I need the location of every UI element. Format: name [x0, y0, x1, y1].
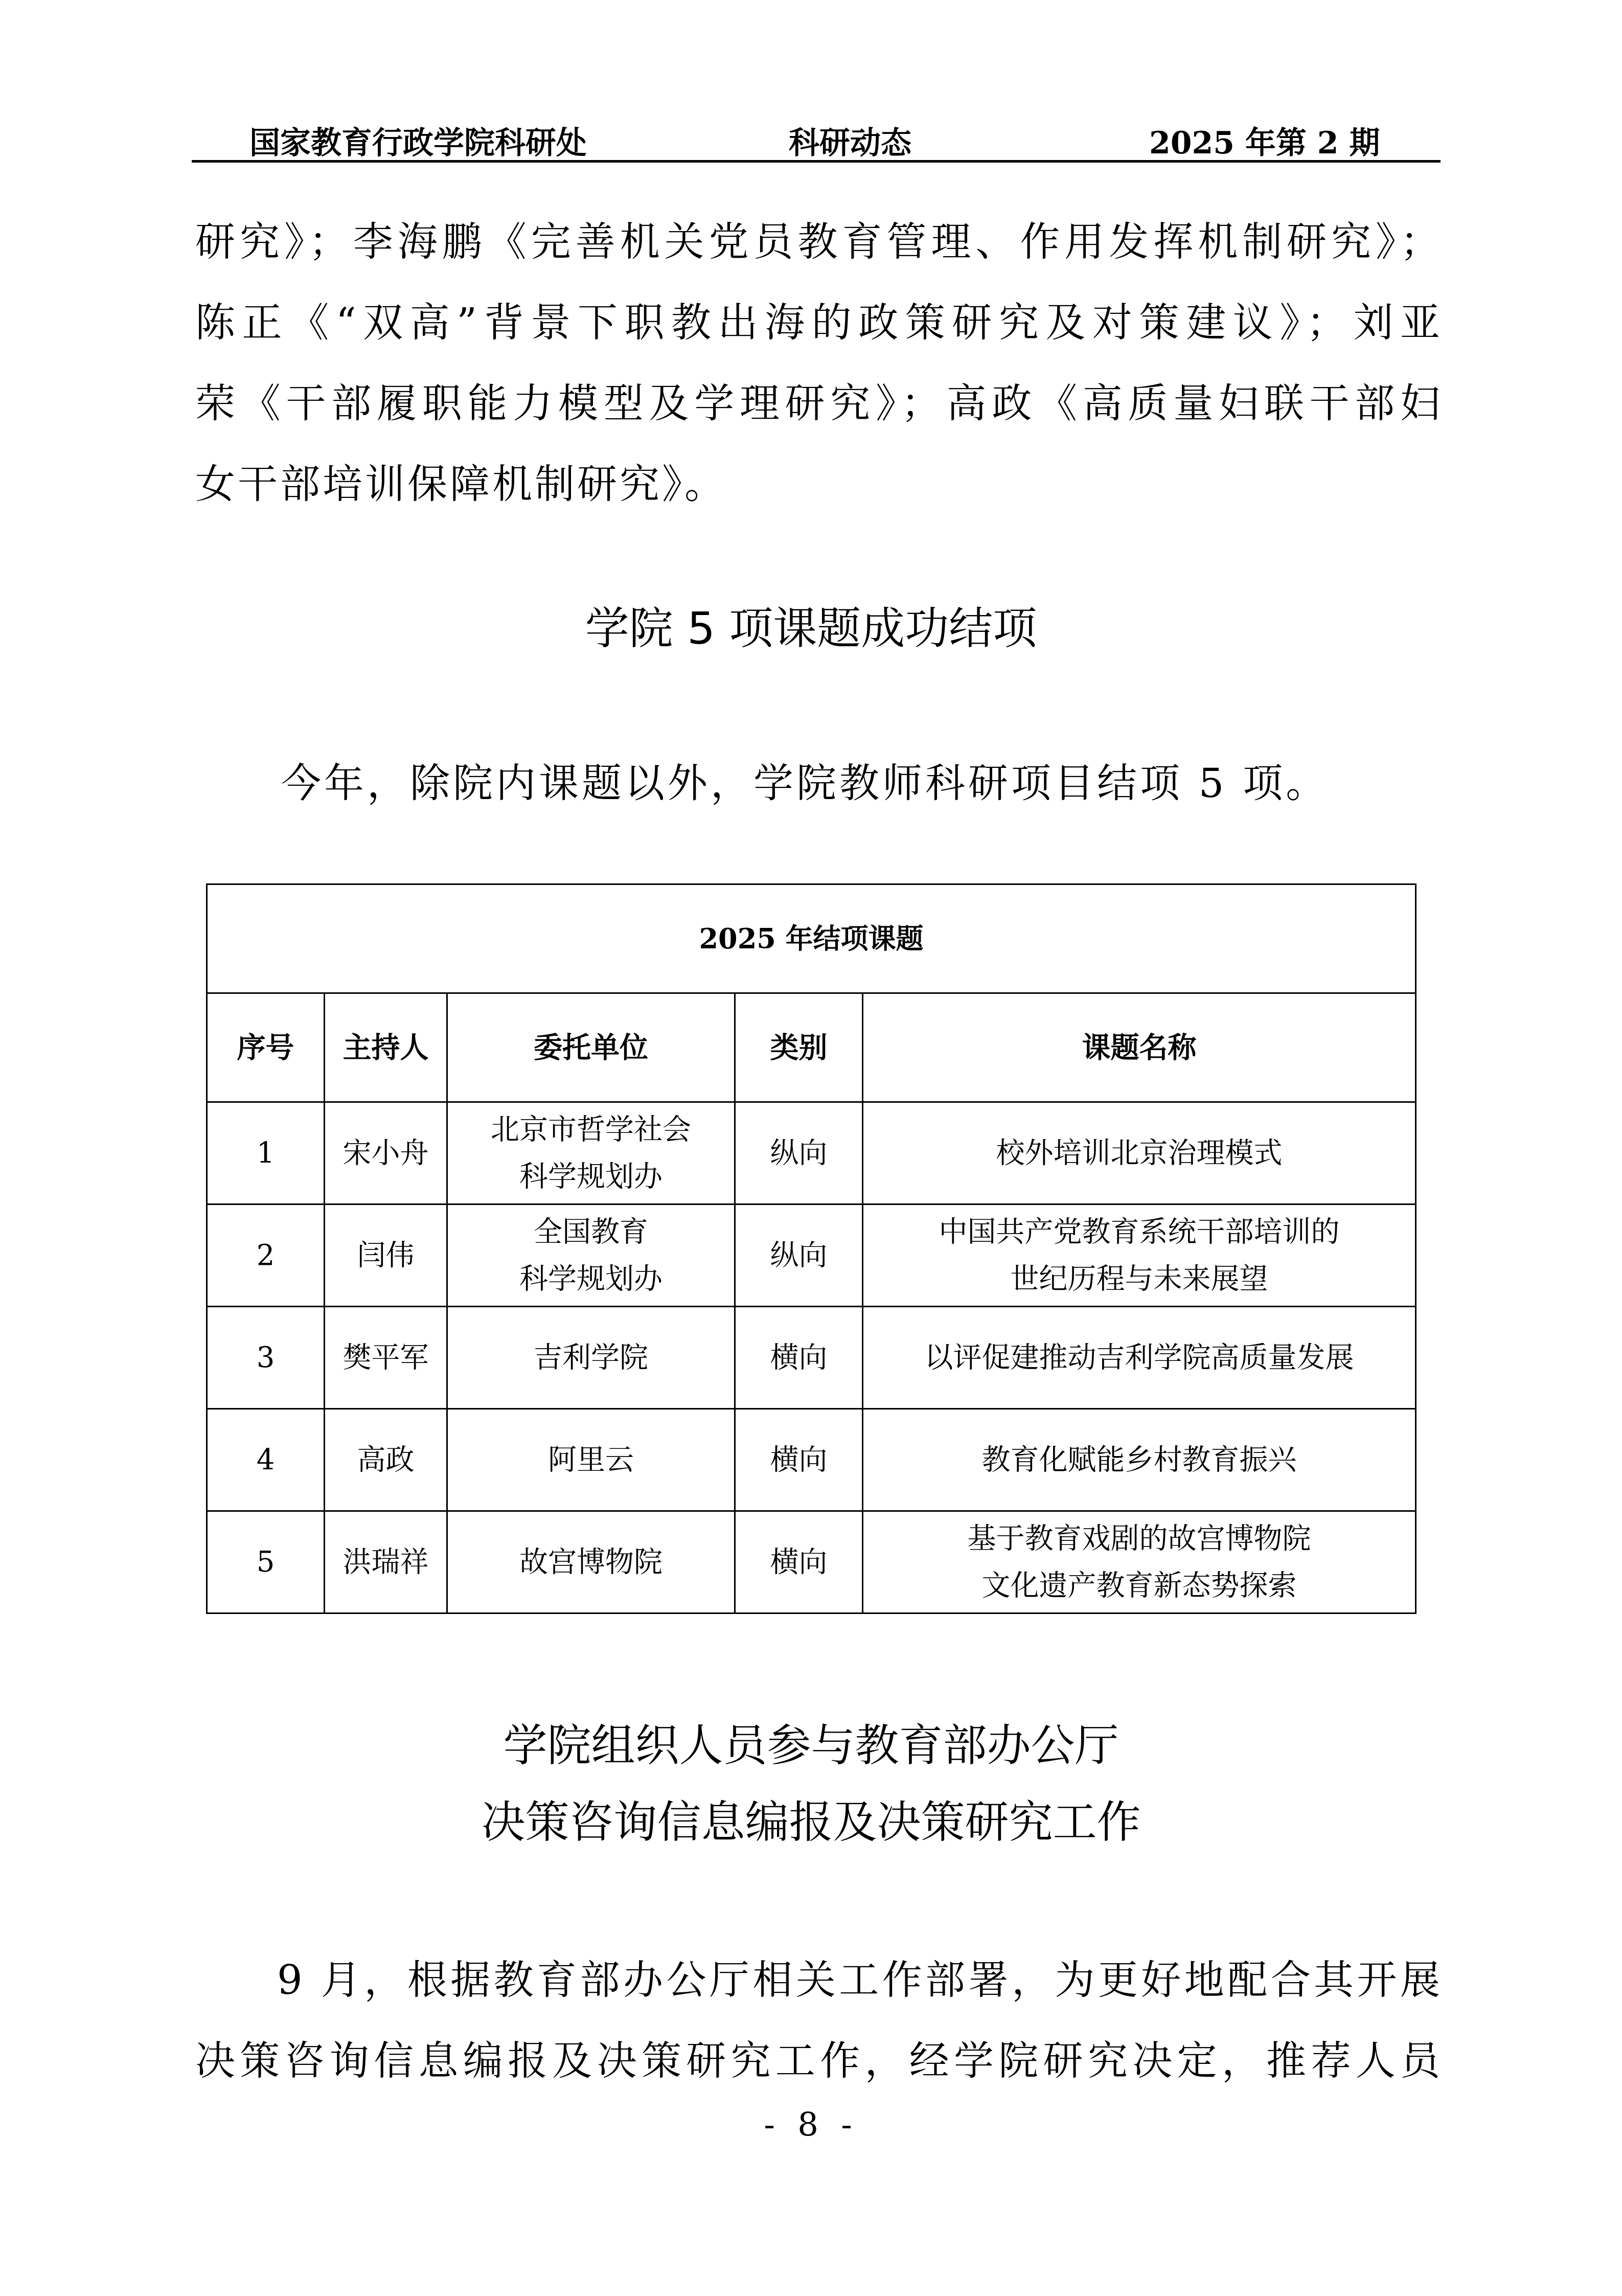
cell-unit: 阿里云: [447, 1409, 735, 1511]
section-intro: 今年，除院内课题以外，学院教师科研项目结项 5 项。: [281, 752, 1329, 809]
paragraph-line: 研究》；李海鹏《完善机关党员教育管理、作用发挥机制研究》；: [195, 202, 1443, 283]
cell-no: 4: [207, 1409, 325, 1511]
completed-projects-table: 2025 年结项课题 序号 主持人 委托单位 类别 课题名称 1 宋小舟 北京市…: [206, 883, 1417, 1614]
cell-unit: 故宫博物院: [447, 1511, 735, 1613]
cell-type: 横向: [735, 1511, 863, 1613]
cell-title: 校外培训北京治理模式: [863, 1102, 1416, 1204]
paragraph-line: 荣《干部履职能力模型及学理研究》；高政《高质量妇联干部妇: [195, 363, 1443, 444]
column-header-title: 课题名称: [863, 993, 1416, 1102]
cell-type: 纵向: [735, 1102, 863, 1204]
table-caption: 2025 年结项课题: [207, 884, 1416, 993]
column-header-no: 序号: [207, 993, 325, 1102]
running-header: 国家教育行政学院科研处 科研动态 2025 年第 2 期: [193, 113, 1441, 160]
cell-host: 高政: [325, 1409, 447, 1511]
table-row: 3 樊平军 吉利学院 横向 以评促建推动吉利学院高质量发展: [207, 1307, 1416, 1409]
cell-title: 中国共产党教育系统干部培训的世纪历程与未来展望: [863, 1204, 1416, 1307]
cell-no: 5: [207, 1511, 325, 1613]
cell-title: 以评促建推动吉利学院高质量发展: [863, 1307, 1416, 1409]
table-row: 2 闫伟 全国教育科学规划办 纵向 中国共产党教育系统干部培训的世纪历程与未来展…: [207, 1204, 1416, 1307]
table-header-row: 序号 主持人 委托单位 类别 课题名称: [207, 993, 1416, 1102]
cell-unit: 全国教育科学规划办: [447, 1204, 735, 1307]
cell-host: 闫伟: [325, 1204, 447, 1307]
header-institution: 国家教育行政学院科研处: [249, 119, 587, 163]
table-row: 1 宋小舟 北京市哲学社会科学规划办 纵向 校外培训北京治理模式: [207, 1102, 1416, 1204]
cell-type: 横向: [735, 1307, 863, 1409]
section-title: 学院 5 项课题成功结项: [0, 590, 1622, 667]
cell-title: 基于教育戏剧的故宫博物院文化遗产教育新态势探索: [863, 1511, 1416, 1613]
table-row: 5 洪瑞祥 故宫博物院 横向 基于教育戏剧的故宫博物院文化遗产教育新态势探索: [207, 1511, 1416, 1613]
paragraph-line: 9 月，根据教育部办公厅相关工作部署，为更好地配合其开展: [195, 1940, 1443, 2021]
cell-no: 2: [207, 1204, 325, 1307]
paragraph-line: 女干部培训保障机制研究》。: [195, 444, 1443, 525]
section-title: 决策咨询信息编报及决策研究工作: [0, 1784, 1622, 1861]
column-header-host: 主持人: [325, 993, 447, 1102]
table-row: 4 高政 阿里云 横向 教育化赋能乡村教育振兴: [207, 1409, 1416, 1511]
header-issue: 2025 年第 2 期: [1149, 119, 1380, 163]
cell-host: 樊平军: [325, 1307, 447, 1409]
cell-no: 3: [207, 1307, 325, 1409]
cell-type: 横向: [735, 1409, 863, 1511]
header-rule: [192, 160, 1441, 163]
section-body: 9 月，根据教育部办公厅相关工作部署，为更好地配合其开展 决策咨询信息编报及决策…: [195, 1940, 1443, 2102]
cell-no: 1: [207, 1102, 325, 1204]
section-title: 学院组织人员参与教育部办公厅: [0, 1708, 1622, 1784]
column-header-unit: 委托单位: [447, 993, 735, 1102]
cell-unit: 北京市哲学社会科学规划办: [447, 1102, 735, 1204]
column-header-type: 类别: [735, 993, 863, 1102]
paragraph-line: 决策咨询信息编报及决策研究工作，经学院研究决定，推荐人员: [195, 2021, 1443, 2102]
continued-paragraph: 研究》；李海鹏《完善机关党员教育管理、作用发挥机制研究》； 陈正《“双高”背景下…: [195, 202, 1443, 525]
cell-title: 教育化赋能乡村教育振兴: [863, 1409, 1416, 1511]
paragraph-line: 陈正《“双高”背景下职教出海的政策研究及对策建议》；刘亚: [195, 283, 1443, 363]
cell-host: 宋小舟: [325, 1102, 447, 1204]
page-number: - 8 -: [0, 2106, 1622, 2144]
cell-host: 洪瑞祥: [325, 1511, 447, 1613]
cell-type: 纵向: [735, 1204, 863, 1307]
header-publication: 科研动态: [789, 119, 911, 163]
cell-unit: 吉利学院: [447, 1307, 735, 1409]
